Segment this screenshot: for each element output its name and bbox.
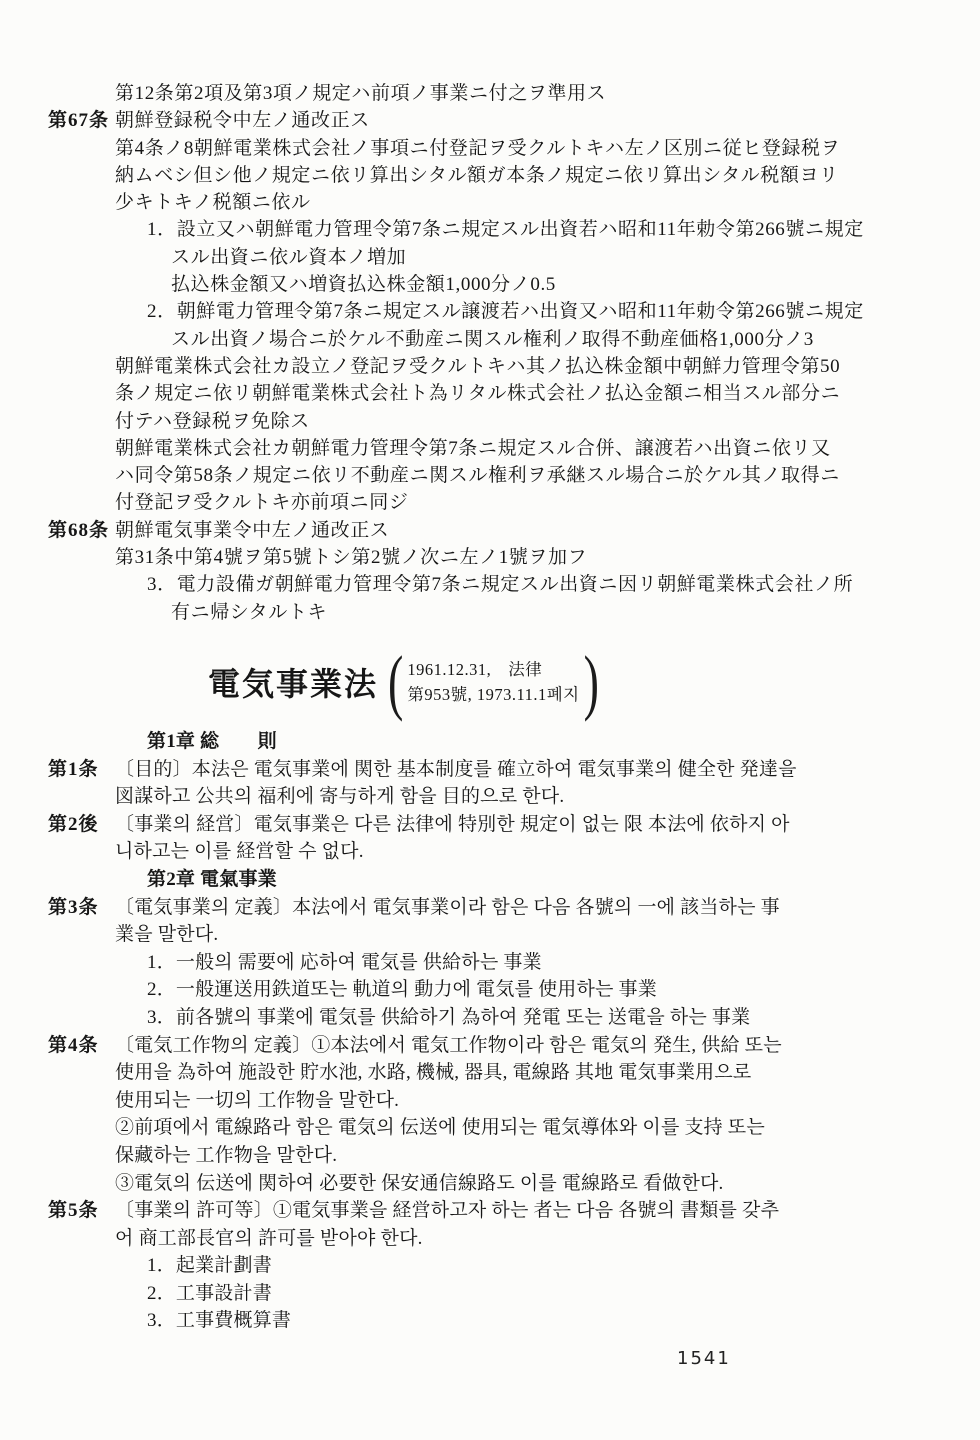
article-label: 第2後 <box>48 811 99 839</box>
text-line: 第4条〔電気工作物의 定義〕①本法에서 電気工作物이라 함은 電気의 発生, 供… <box>0 1032 980 1060</box>
line-text: 付テハ登録税ヲ免除ス <box>115 411 310 432</box>
line-text: 付登記ヲ受クルトキ亦前項ニ同ジ <box>115 492 408 513</box>
line-text: 〔電気工作物의 定義〕①本法에서 電気工作物이라 함은 電気의 発生, 供給 또… <box>115 1035 782 1056</box>
line-text: 2．一般運送用鉄道또는 軌道의 動力에 電気를 使用하는 事業 <box>147 979 657 1000</box>
text-line: 少キトキノ税額ニ依ル <box>0 189 980 216</box>
text-line: 2．工事設計書 <box>0 1280 980 1308</box>
line-text: ②前項에서 電線路라 함은 電気의 伝送에 使用되는 電気導体와 이를 支持 또… <box>115 1117 765 1138</box>
text-line: スル出資ニ依ル資本ノ増加 <box>0 244 980 271</box>
text-line: 保藏하는 工作物을 말한다. <box>0 1142 980 1170</box>
line-text: 朝鮮登録税令中左ノ通改正ス <box>115 110 370 131</box>
line-text: 1．起業計劃書 <box>147 1255 272 1276</box>
korean-law-section: 第1章 総 則第1条〔目的〕本法은 電気事業에 関한 基本制度를 確立하여 電気… <box>0 728 980 1335</box>
line-text: 条ノ規定ニ依リ朝鮮電業株式会社ト為リタル株式会社ノ払込金額ニ相当スル部分ニ <box>115 383 840 404</box>
line-text: 〔電気事業의 定義〕本法에서 電気事業이라 함은 다음 各號의 一에 該当하는 … <box>115 897 780 918</box>
text-line: 1．設立又ハ朝鮮電力管理令第7条ニ規定スル出資若ハ昭和11年勅令第266號ニ規定 <box>0 216 980 243</box>
text-line: 1．起業計劃書 <box>0 1252 980 1280</box>
text-line: 3．工事費概算書 <box>0 1307 980 1335</box>
line-text: 第4条ノ8朝鮮電業株式会社ノ事項ニ付登記ヲ受クルトキハ左ノ区別ニ従ヒ登録税ヲ <box>115 138 840 159</box>
text-line: 付登記ヲ受クルトキ亦前項ニ同ジ <box>0 489 980 516</box>
article-label: 第5条 <box>48 1197 99 1225</box>
line-text: 3．電力設備ガ朝鮮電力管理令第7条ニ規定スル出資ニ因リ朝鮮電業株式会社ノ所 <box>147 574 853 595</box>
line-text: 使用을 為하여 施設한 貯水池, 水路, 機械, 器具, 電線路 其地 電気事業… <box>115 1062 751 1083</box>
law-title-dates: 1961.12.31, 法律 第953號, 1973.11.1폐지 <box>407 657 579 707</box>
text-line: 第3条〔電気事業의 定義〕本法에서 電気事業이라 함은 다음 各號의 一에 該当… <box>0 894 980 922</box>
line-text: ハ同令第58条ノ規定ニ依リ不動産ニ関スル権利ヲ承継スル場合ニ於ケル其ノ取得ニ <box>115 465 840 486</box>
line-text: 〔事業의 許可等〕①電気事業을 経営하고자 하는 者는 다음 各號의 書類를 갖… <box>115 1200 779 1221</box>
text-line: 有ニ帰シタルトキ <box>0 599 980 626</box>
line-text: スル出資ニ依ル資本ノ増加 <box>171 247 406 268</box>
text-line: 1．一般의 需要에 応하여 電気를 供給하는 事業 <box>0 949 980 977</box>
text-line: 2．朝鮮電力管理令第7条ニ規定スル譲渡若ハ出資又ハ昭和11年勅令第266號ニ規定 <box>0 298 980 325</box>
text-line: 3．前各號의 事業에 電気를 供給하기 為하여 発電 또는 送電을 하는 事業 <box>0 1004 980 1032</box>
text-line: 納ムベシ但シ他ノ規定ニ依リ算出シタル額ガ本条ノ規定ニ依リ算出シタル税額ヨリ <box>0 162 980 189</box>
line-text: 3．前各號의 事業에 電気를 供給하기 為하여 発電 또는 送電을 하는 事業 <box>147 1007 750 1028</box>
line-text: 2．工事設計書 <box>147 1283 272 1304</box>
text-line: 第1条〔目的〕本法은 電気事業에 関한 基本制度를 確立하여 電気事業의 健全한… <box>0 756 980 784</box>
law-date-line2: 第953號, 1973.11.1폐지 <box>407 682 579 707</box>
scanned-law-page: 第12条第2項及第3項ノ規定ハ前項ノ事業ニ付之ヲ準用ス第67条朝鮮登録税令中左ノ… <box>0 0 980 1440</box>
text-line: 第67条朝鮮登録税令中左ノ通改正ス <box>0 107 980 134</box>
line-text: 어 商工部長官의 許可를 받아야 한다. <box>115 1228 423 1249</box>
text-line: 어 商工部長官의 許可를 받아야 한다. <box>0 1225 980 1253</box>
text-line: 3．電力設備ガ朝鮮電力管理令第7条ニ規定スル出資ニ因リ朝鮮電業株式会社ノ所 <box>0 571 980 598</box>
line-text: 第2章 電氣事業 <box>147 869 277 890</box>
line-text: 図謀하고 公共의 福利에 寄与하게 함을 目的으로 한다. <box>115 786 564 807</box>
line-text: 니하고는 이를 経営할 수 없다. <box>115 841 364 862</box>
line-text: 1．設立又ハ朝鮮電力管理令第7条ニ規定スル出資若ハ昭和11年勅令第266號ニ規定 <box>147 219 864 240</box>
page-number: 1541 <box>677 1348 731 1369</box>
line-text: 朝鮮電業株式会社カ朝鮮電力管理令第7条ニ規定スル合併、譲渡若ハ出資ニ依リ又 <box>115 438 831 459</box>
text-line: 第31条中第4號ヲ第5號トシ第2號ノ次ニ左ノ1號ヲ加フ <box>0 544 980 571</box>
line-text: スル出資ノ場合ニ於ケル不動産ニ関スル権利ノ取得不動産価格1,000分ノ3 <box>171 329 814 350</box>
text-line: 2．一般運送用鉄道또는 軌道의 動力에 電気를 使用하는 事業 <box>0 976 980 1004</box>
japanese-law-section: 第12条第2項及第3項ノ規定ハ前項ノ事業ニ付之ヲ準用ス第67条朝鮮登録税令中左ノ… <box>0 80 980 626</box>
text-line: 付テハ登録税ヲ免除ス <box>0 408 980 435</box>
line-text: 〔事業의 経営〕電気事業은 다른 法律에 特別한 規定이 없는 限 本法에 依하… <box>115 814 790 835</box>
line-text: 2．朝鮮電力管理令第7条ニ規定スル譲渡若ハ出資又ハ昭和11年勅令第266號ニ規定 <box>147 301 864 322</box>
text-line: 払込株金額又ハ増資払込株金額1,000分ノ0.5 <box>0 271 980 298</box>
article-label: 第3条 <box>48 894 99 922</box>
line-text: 第31条中第4號ヲ第5號トシ第2號ノ次ニ左ノ1號ヲ加フ <box>115 547 587 568</box>
text-line: 図謀하고 公共의 福利에 寄与하게 함을 目的으로 한다. <box>0 783 980 811</box>
law-title: 電気事業法 <box>208 659 378 705</box>
article-label: 第67条 <box>48 107 109 134</box>
text-line: 条ノ規定ニ依リ朝鮮電業株式会社ト為リタル株式会社ノ払込金額ニ相当スル部分ニ <box>0 380 980 407</box>
chapter-heading: 第2章 電氣事業 <box>0 866 980 894</box>
chapter-heading: 第1章 総 則 <box>0 728 980 756</box>
text-line: 業을 말한다. <box>0 921 980 949</box>
law-title-block: 電気事業法 ( 1961.12.31, 法律 第953號, 1973.11.1폐… <box>208 640 603 724</box>
law-date-line1: 1961.12.31, 法律 <box>407 657 579 682</box>
line-text: 朝鮮電業株式会社カ設立ノ登記ヲ受クルトキハ其ノ払込株金額中朝鮮力管理令第50 <box>115 356 840 377</box>
line-text: 使用되는 一切의 工作物을 말한다. <box>115 1090 399 1111</box>
text-line: 第68条朝鮮電気事業令中左ノ通改正ス <box>0 517 980 544</box>
text-line: 朝鮮電業株式会社カ朝鮮電力管理令第7条ニ規定スル合併、譲渡若ハ出資ニ依リ又 <box>0 435 980 462</box>
text-line: 使用되는 一切의 工作物을 말한다. <box>0 1087 980 1115</box>
article-label: 第68条 <box>48 517 109 544</box>
text-line: 朝鮮電業株式会社カ設立ノ登記ヲ受クルトキハ其ノ払込株金額中朝鮮力管理令第50 <box>0 353 980 380</box>
line-text: 第12条第2項及第3項ノ規定ハ前項ノ事業ニ付之ヲ準用ス <box>115 83 606 104</box>
line-text: 1．一般의 需要에 応하여 電気를 供給하는 事業 <box>147 952 542 973</box>
text-line: ハ同令第58条ノ規定ニ依リ不動産ニ関スル権利ヲ承継スル場合ニ於ケル其ノ取得ニ <box>0 462 980 489</box>
line-text: 少キトキノ税額ニ依ル <box>115 192 311 213</box>
line-text: 朝鮮電気事業令中左ノ通改正ス <box>115 520 389 541</box>
text-line: ②前項에서 電線路라 함은 電気의 伝送에 使用되는 電気導体와 이를 支持 또… <box>0 1114 980 1142</box>
line-text: 3．工事費概算書 <box>147 1310 291 1331</box>
text-line: スル出資ノ場合ニ於ケル不動産ニ関スル権利ノ取得不動産価格1,000分ノ3 <box>0 326 980 353</box>
article-label: 第1条 <box>48 756 99 784</box>
article-label: 第4条 <box>48 1032 99 1060</box>
line-text: 〔目的〕本法은 電気事業에 関한 基本制度를 確立하여 電気事業의 健全한 発達… <box>115 759 797 780</box>
line-text: 払込株金額又ハ増資払込株金額1,000分ノ0.5 <box>171 274 556 295</box>
line-text: 保藏하는 工作物을 말한다. <box>115 1145 337 1166</box>
text-line: 第2後〔事業의 経営〕電気事業은 다른 法律에 特別한 規定이 없는 限 本法에… <box>0 811 980 839</box>
line-text: 納ムベシ但シ他ノ規定ニ依リ算出シタル額ガ本条ノ規定ニ依リ算出シタル税額ヨリ <box>115 165 839 186</box>
line-text: 有ニ帰シタルトキ <box>171 602 327 623</box>
line-text: 業을 말한다. <box>115 924 218 945</box>
text-line: 使用을 為하여 施設한 貯水池, 水路, 機械, 器具, 電線路 其地 電気事業… <box>0 1059 980 1087</box>
line-text: ③電気의 伝送에 関하여 必要한 保安通信線路도 이를 電線路로 看做한다. <box>115 1173 724 1194</box>
line-text: 第1章 総 則 <box>147 731 277 752</box>
text-line: 第12条第2項及第3項ノ規定ハ前項ノ事業ニ付之ヲ準用ス <box>0 80 980 107</box>
text-line: 니하고는 이를 経営할 수 없다. <box>0 838 980 866</box>
text-line: 第5条〔事業의 許可等〕①電気事業을 経営하고자 하는 者는 다음 各號의 書類… <box>0 1197 980 1225</box>
text-line: ③電気의 伝送에 関하여 必要한 保安通信線路도 이를 電線路로 看做한다. <box>0 1170 980 1198</box>
text-line: 第4条ノ8朝鮮電業株式会社ノ事項ニ付登記ヲ受クルトキハ左ノ区別ニ従ヒ登録税ヲ <box>0 135 980 162</box>
